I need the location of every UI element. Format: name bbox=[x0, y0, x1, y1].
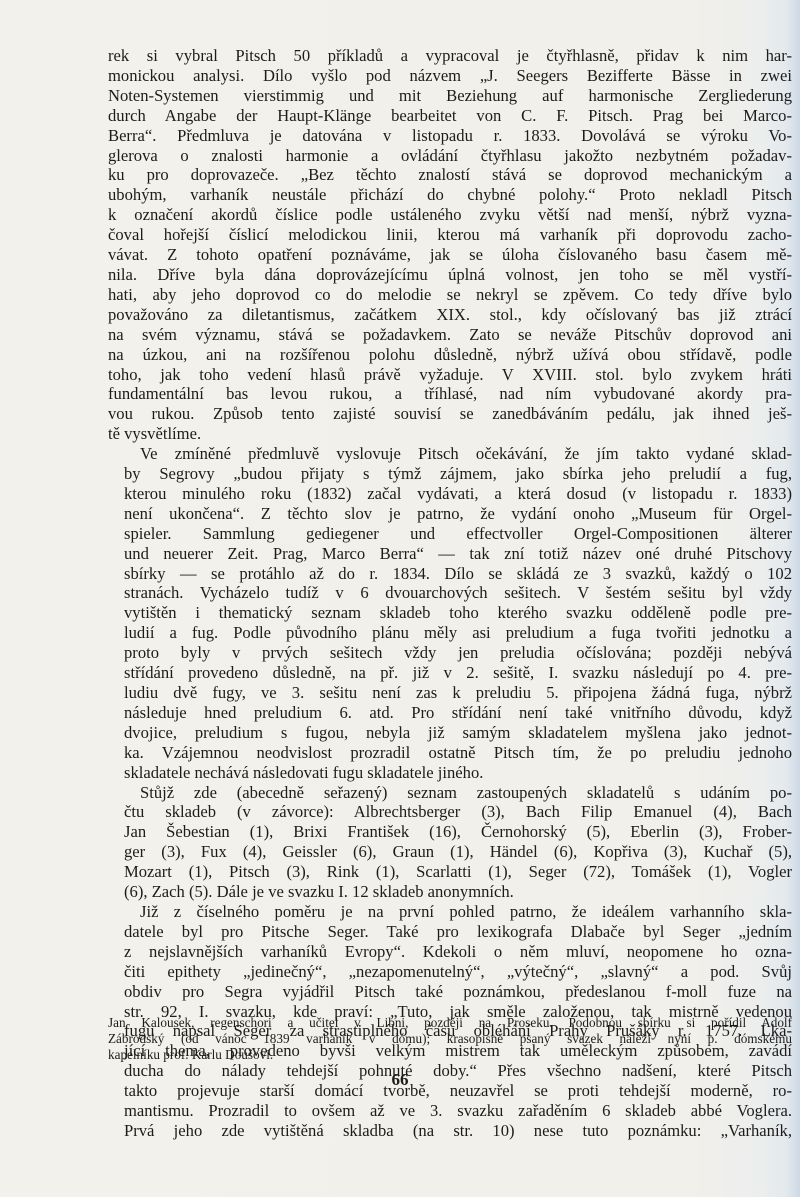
text-line: Berra“. Předmluva je datována v listopad… bbox=[108, 126, 792, 146]
text-line: obdiv pro Segra vyjádřil Pitsch také poz… bbox=[108, 982, 792, 1002]
text-line: by Segrovy „budou přijaty s týmž zájmem,… bbox=[108, 464, 792, 484]
text-line: durch Angabe der Haupt-Klänge bearbeitet… bbox=[108, 106, 792, 126]
text-line: skladatele nechává následovati fugu skla… bbox=[108, 763, 792, 783]
text-line: ludií a fug. Podle původního plánu měly … bbox=[108, 623, 792, 643]
scanned-page: rek si vybral Pitsch 50 příkladů a vypra… bbox=[0, 0, 800, 1197]
text-line: fundamentální bas levou rukou, a tříhlas… bbox=[108, 384, 792, 404]
text-line: Jan Šebestian (1), Brixi František (16),… bbox=[108, 822, 792, 842]
text-line: k označení akordů číslice podle ustálené… bbox=[108, 205, 792, 225]
text-line: ubohým, varhaník neustále přichází do ch… bbox=[108, 185, 792, 205]
text-line: střídání provedeno důsledně, na př. již … bbox=[108, 663, 792, 683]
text-line: tě vysvětlíme. bbox=[108, 424, 792, 444]
footnote-line: kapelníku prof. Karlu Doušovi. bbox=[108, 1047, 792, 1063]
text-line: glerova o znalosti harmonie a ovládání č… bbox=[108, 146, 792, 166]
text-line: hati, aby jeho doprovod co do melodie se… bbox=[108, 285, 792, 305]
text-line: z nejslavnějších varhaníků Evropy“. Kdek… bbox=[108, 942, 792, 962]
body-text: rek si vybral Pitsch 50 příkladů a vypra… bbox=[108, 46, 792, 1141]
footnote-line: Jan Kalousek, regenschori a učitel v Lib… bbox=[108, 1015, 792, 1031]
text-line: Prvá jeho zde vytištěná skladba (na str.… bbox=[108, 1121, 792, 1141]
text-line: čoval hořejší číslicí melodickou linii, … bbox=[108, 225, 792, 245]
text-line: rek si vybral Pitsch 50 příkladů a vypra… bbox=[108, 46, 792, 66]
text-line: monickou analysi. Dílo vyšlo pod názvem … bbox=[108, 66, 792, 86]
text-line: vávat. Z tohoto opatření poznáváme, jak … bbox=[108, 245, 792, 265]
text-line: und neuerer Zeit. Prag, Marco Berra“ — t… bbox=[108, 544, 792, 564]
text-line: (6), Zach (5). Dále je ve svazku I. 12 s… bbox=[108, 882, 792, 902]
paragraph-2: Ve zmíněné předmluvě vyslovuje Pitsch oč… bbox=[108, 444, 792, 782]
text-line: následuje hned preludium 6. atd. Pro stř… bbox=[108, 703, 792, 723]
text-line: čtu skladeb (v závorce): Albrechtsberger… bbox=[108, 802, 792, 822]
paragraph-3: Stůjž zde (abecedně seřazený) seznam zas… bbox=[108, 783, 792, 902]
text-line: na úzkou, ani na rozšířenou polohu důsle… bbox=[108, 345, 792, 365]
text-line: kterou minulého roku (1832) začal vydáva… bbox=[108, 484, 792, 504]
paragraph-1: rek si vybral Pitsch 50 příkladů a vypra… bbox=[108, 46, 792, 444]
text-line: na svém významu, stává se požadavkem. Za… bbox=[108, 325, 792, 345]
text-line: ku pro doprovazeče. „Bez těchto znalostí… bbox=[108, 165, 792, 185]
text-line: Mozart (1), Pitsch (3), Rink (1), Scarla… bbox=[108, 862, 792, 882]
text-line: stranách. Vycházelo tudíž v 6 dvouarchov… bbox=[108, 583, 792, 603]
text-line: sbírky — se protáhlo až do r. 1834. Dílo… bbox=[108, 564, 792, 584]
text-line: považováno za diletantismus, začátkem XI… bbox=[108, 305, 792, 325]
text-line: Již z číselného poměru je na první pohle… bbox=[108, 902, 792, 922]
footnote: Jan Kalousek, regenschori a učitel v Lib… bbox=[108, 1015, 792, 1063]
text-line: dvojice, preludium s fugou, nebyla již s… bbox=[108, 723, 792, 743]
text-line: toho, jak toho vedení hlasů právě vyžadu… bbox=[108, 365, 792, 385]
text-line: Stůjž zde (abecedně seřazený) seznam zas… bbox=[108, 783, 792, 803]
text-line: není ukončena“. Z těchto slov je patrno,… bbox=[108, 504, 792, 524]
text-line: ka. Vzájemnou neodvislost prozradil osta… bbox=[108, 743, 792, 763]
footnote-line: Zábrodský (od vánoc 1839 varhaník v dómu… bbox=[108, 1031, 792, 1047]
text-line: spieler. Sammlung gediegener und effectv… bbox=[108, 524, 792, 544]
text-line: ludiu dvě fugy, ve 3. sešitu není zas k … bbox=[108, 683, 792, 703]
text-line: čiti epithety „jedinečný“, „nezapomenute… bbox=[108, 962, 792, 982]
page-number: 66 bbox=[0, 1070, 800, 1090]
text-line: Ve zmíněné předmluvě vyslovuje Pitsch oč… bbox=[108, 444, 792, 464]
text-line: ger (3), Fux (4), Geissler (6), Graun (1… bbox=[108, 842, 792, 862]
text-line: proto byly v prvých sešitech vždy jen pr… bbox=[108, 643, 792, 663]
text-line: Noten-Systemen vierstimmig und mit Bezie… bbox=[108, 86, 792, 106]
text-line: datele byl pro Pitsche Seger. Také pro l… bbox=[108, 922, 792, 942]
text-line: mantismu. Prozradil to ovšem až ve 3. sv… bbox=[108, 1101, 792, 1121]
text-line: vytištěn i thematický seznam skladeb toh… bbox=[108, 603, 792, 623]
text-line: nila. Dříve byla dána doprovázejícímu úp… bbox=[108, 265, 792, 285]
text-line: vou rukou. Způsob tento zajisté souvisí … bbox=[108, 404, 792, 424]
